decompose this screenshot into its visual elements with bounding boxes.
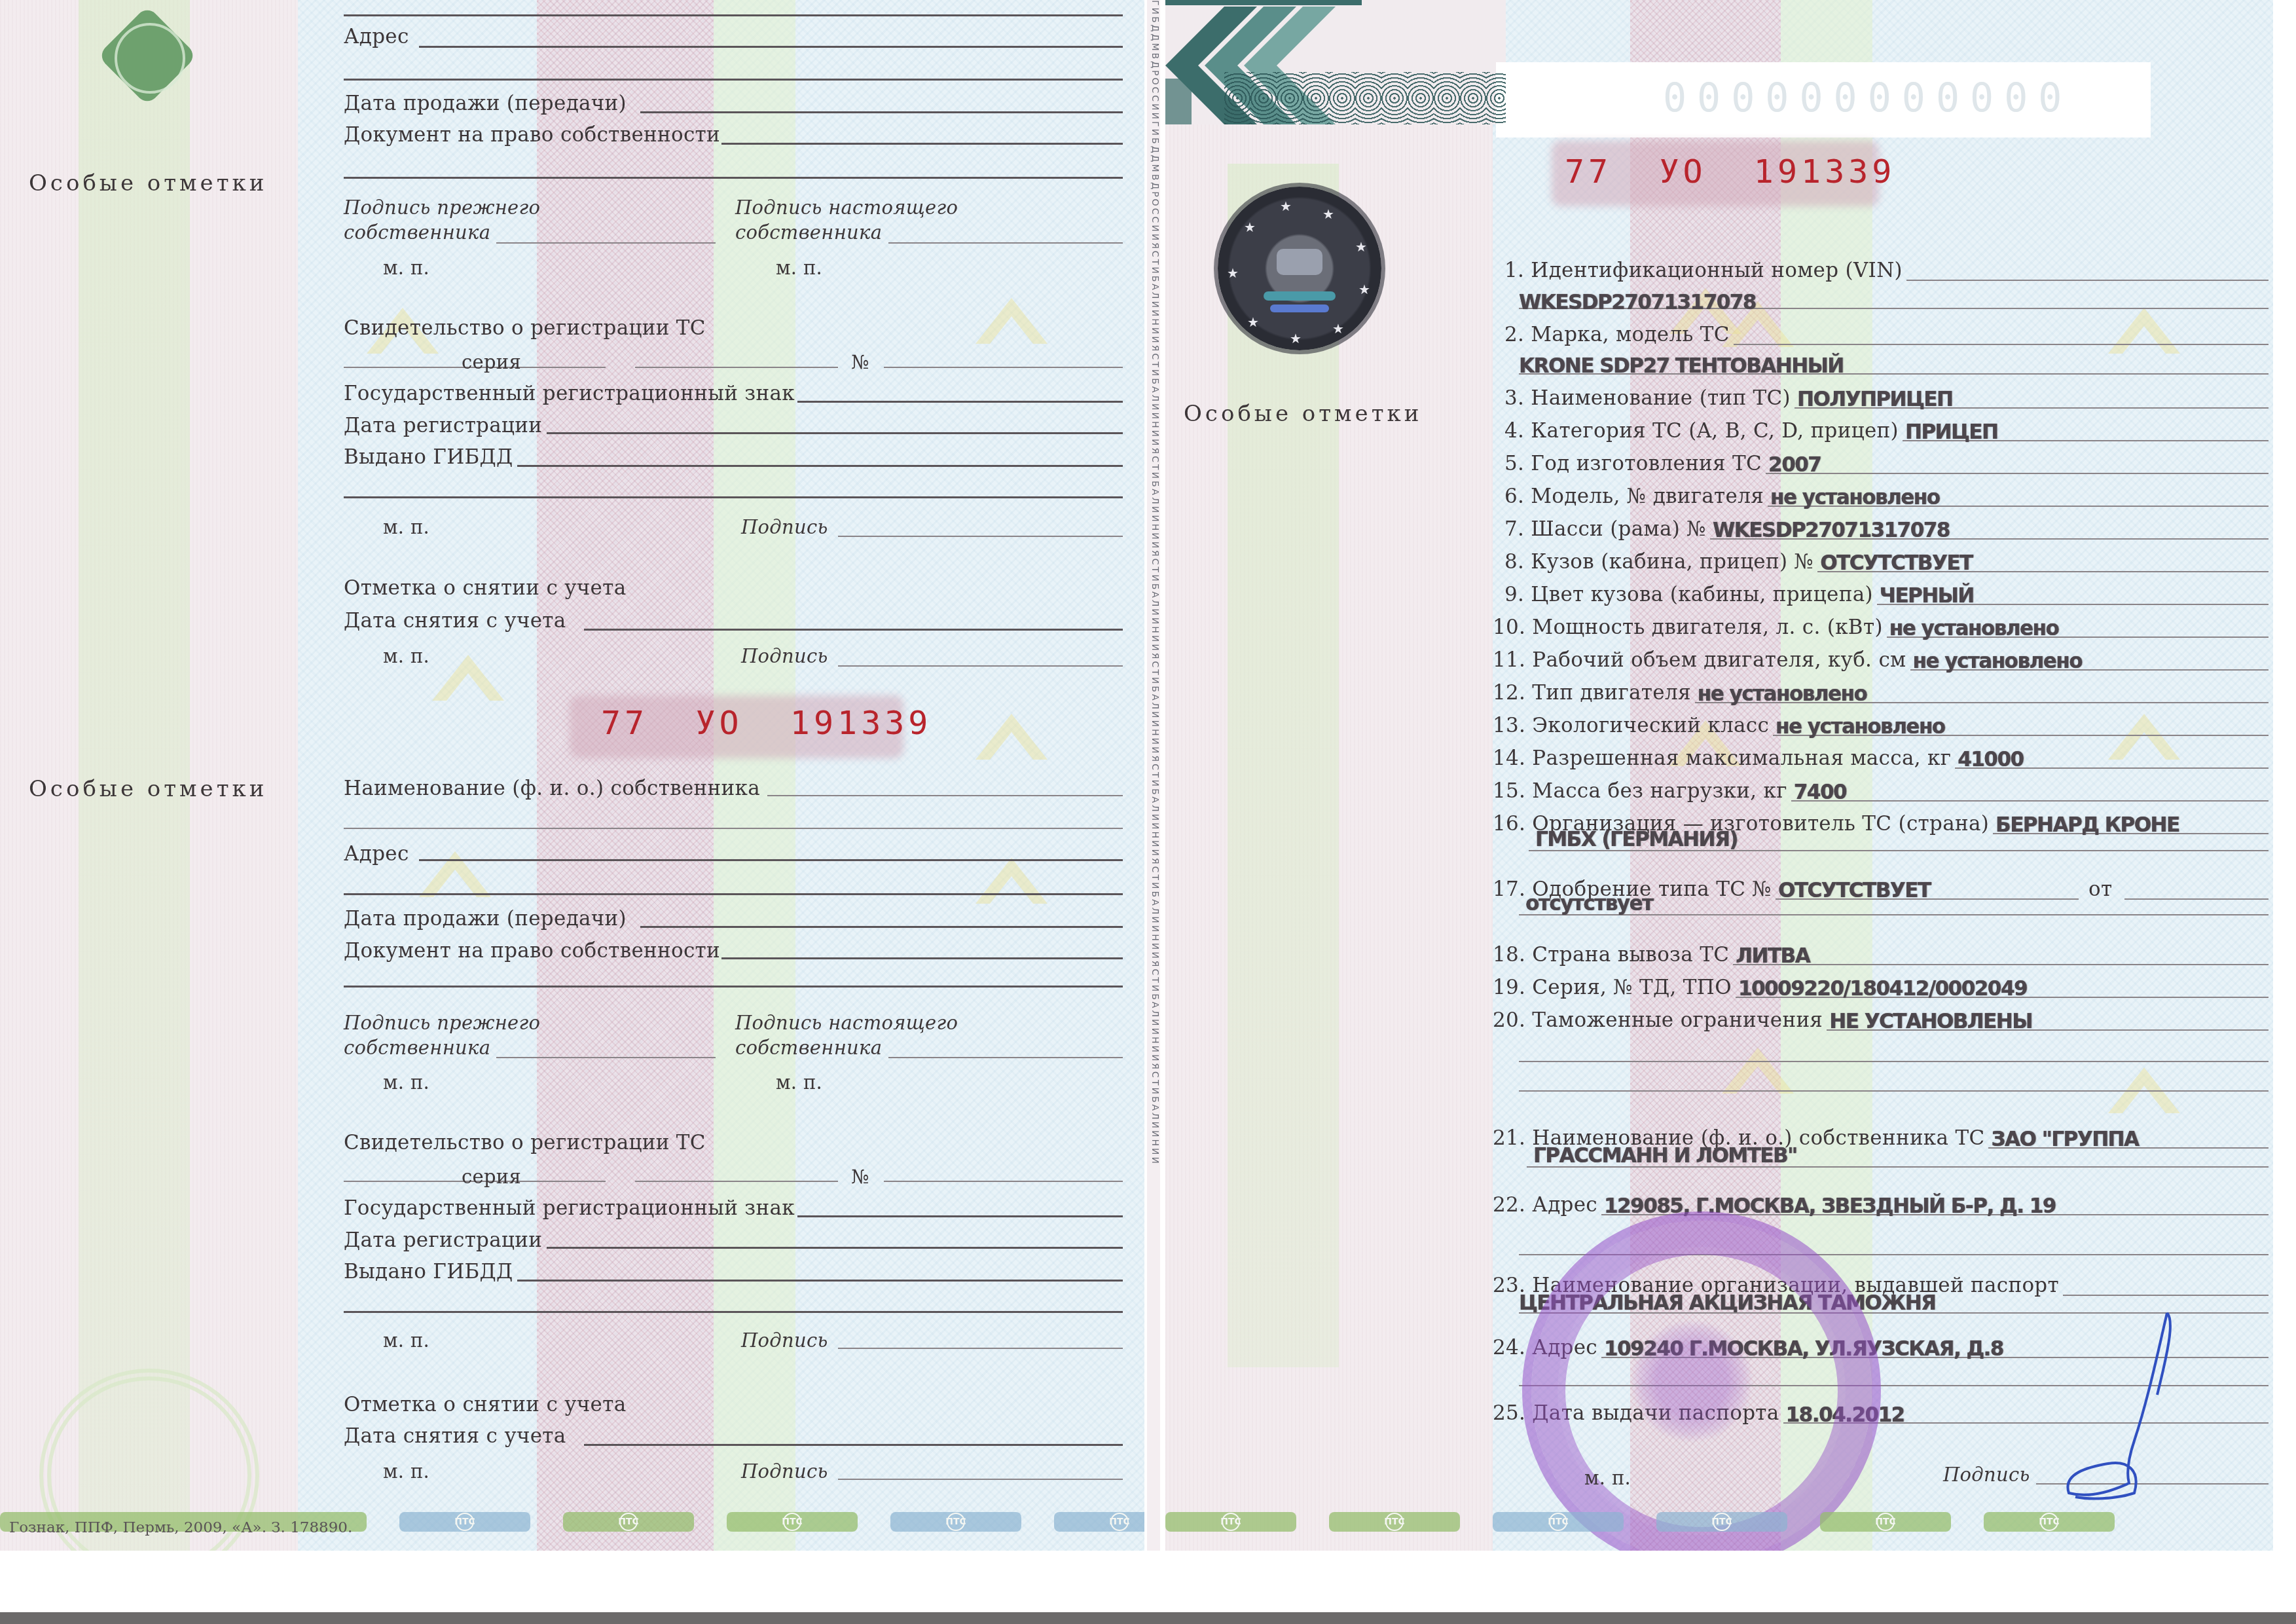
star-icon: ★ <box>1355 239 1367 255</box>
special-marks-label: Особые отметки <box>29 776 267 802</box>
signature-label: Подпись <box>741 1329 828 1352</box>
sale-date-field[interactable] <box>640 926 1123 928</box>
curr-owner-signature-label: Подпись настоящего <box>735 196 958 219</box>
dereg-mark-label: Отметка о снятии с учета <box>344 1393 626 1416</box>
reg-date-label: Дата регистрации <box>344 414 542 437</box>
reg-cert-label: Свидетельство о регистрации ТС <box>344 316 706 340</box>
field-value-line-2[interactable]: ГРАССМАНН И ЛОМТЕВ" <box>1533 1143 1797 1168</box>
field-label: 14. Разрешенная максимальная масса, кг <box>1493 747 1951 770</box>
prev-owner-signature-label: Подпись прежнего <box>344 196 540 219</box>
address-label: Адрес <box>344 25 409 48</box>
seal-label: м. п. <box>383 645 429 667</box>
field-value[interactable]: не установлено <box>1770 485 1939 510</box>
pts-chip: ПТС <box>1165 1512 1296 1532</box>
prev-owner-signature-label-2: собственника <box>344 1037 490 1059</box>
left-page: Особые отметки Адрес Дата продажи (перед… <box>0 0 1144 1551</box>
pts-chip: ПТС <box>1820 1512 1951 1532</box>
plate-field[interactable] <box>797 1215 1123 1217</box>
issued-by-field-line2[interactable] <box>344 496 1123 498</box>
field-input-line[interactable] <box>1766 473 2269 474</box>
field-label: 18. Страна вывоза ТС <box>1493 943 1729 967</box>
pts-chip: ПТС <box>1984 1512 2115 1532</box>
star-icon: ★ <box>1322 206 1334 222</box>
special-marks-label: Особые отметки <box>29 170 267 196</box>
field-value[interactable]: не установлено <box>1776 714 1944 739</box>
field-label: 15. Масса без нагрузки, кг <box>1493 779 1787 803</box>
scan-edge <box>0 1612 2296 1624</box>
field-label: 12. Тип двигателя <box>1493 681 1691 705</box>
field-value[interactable]: ЛИТВА <box>1736 944 1810 969</box>
field-label: 19. Серия, № ТД, ТПО <box>1493 976 1732 999</box>
issued-by-field[interactable] <box>517 1280 1123 1282</box>
star-icon: ★ <box>1280 198 1292 214</box>
ownership-doc-label: Документ на право собственности <box>344 939 720 963</box>
ownership-doc-field[interactable] <box>721 143 1123 145</box>
dereg-date-label: Дата снятия с учета <box>344 1424 566 1448</box>
sale-date-label: Дата продажи (передачи) <box>344 92 627 115</box>
signature-field[interactable] <box>838 665 1123 667</box>
prev-owner-signature-label: Подпись прежнего <box>344 1012 540 1034</box>
pts-label: ПТС <box>947 1513 965 1531</box>
pts-label: ПТС <box>1549 1513 1567 1531</box>
field-label: 9. Цвет кузова (кабины, прицепа) <box>1504 583 1873 606</box>
field-value[interactable]: WKESDP27071317078 <box>1519 289 1756 314</box>
hologram-band <box>1270 304 1329 312</box>
field-label: 6. Модель, № двигателя <box>1504 485 1764 508</box>
pts-chip: ПТС <box>890 1512 1021 1532</box>
number-label: № <box>851 351 869 373</box>
number-field[interactable] <box>884 367 1123 368</box>
header-ornament <box>1224 72 1506 124</box>
field-input-line[interactable] <box>1906 280 2269 281</box>
prev-owner-signature-field[interactable] <box>496 1057 716 1058</box>
field-label: 2. Марка, модель ТС <box>1504 323 1730 346</box>
field-value[interactable]: ПРИЦЕП <box>1905 420 1998 445</box>
seal-label: м. п. <box>776 1071 822 1094</box>
field-input-line[interactable] <box>1733 964 2269 965</box>
owner-name-field[interactable] <box>767 795 1123 796</box>
pts-chip: ПТС <box>1054 1512 1144 1532</box>
curr-owner-signature-field[interactable] <box>888 1057 1123 1058</box>
seal-label: м. п. <box>776 257 822 279</box>
dereg-date-label: Дата снятия с учета <box>344 609 566 633</box>
field-value[interactable]: БЕРНАРД КРОНЕ <box>1995 813 2179 838</box>
field-input-line[interactable] <box>2063 1295 2269 1296</box>
pts-chip: ПТС <box>563 1512 694 1532</box>
plate-label: Государственный регистрационный знак <box>344 382 795 405</box>
field-from-label: от <box>2088 877 2112 901</box>
field-label: 13. Экологический класс <box>1493 714 1769 737</box>
star-icon: ★ <box>1332 321 1344 337</box>
address-field-line2[interactable] <box>344 79 1123 81</box>
signature-label: Подпись <box>741 516 828 538</box>
seal-label: м. п. <box>383 516 429 538</box>
issued-by-field-line2[interactable] <box>344 1311 1123 1313</box>
curr-owner-signature-label: Подпись настоящего <box>735 1012 958 1034</box>
field-value-line-2[interactable]: отсутствует <box>1525 891 1652 916</box>
serial-watermark: 000000000000 <box>1663 75 2072 121</box>
printer-imprint: Гознак, ППФ, Пермь, 2009, «А». З. 178890… <box>9 1519 352 1536</box>
pts-label: ПТС <box>1222 1513 1240 1531</box>
signature-field[interactable] <box>838 536 1123 537</box>
signature-label: Подпись <box>741 645 828 667</box>
customs-stamp <box>1522 1211 1881 1551</box>
sale-date-field[interactable] <box>640 111 1123 113</box>
owner-name-label: Наименование (ф. и. о.) собственника <box>344 777 760 800</box>
pts-chip: ПТС <box>1329 1512 1460 1532</box>
handwritten-signature <box>2043 1303 2213 1513</box>
pts-label: ПТС <box>1876 1513 1895 1531</box>
hologram-band <box>1264 291 1336 301</box>
field-label: 3. Наименование (тип ТС) <box>1504 386 1791 410</box>
address-field-line2[interactable] <box>344 893 1123 895</box>
car-emblem-icon <box>1277 249 1322 275</box>
star-icon: ★ <box>1358 282 1370 297</box>
field-date-line[interactable] <box>2124 898 2269 900</box>
dereg-date-field[interactable] <box>584 629 1123 631</box>
field-value[interactable]: не установлено <box>1698 682 1867 707</box>
star-icon: ★ <box>1247 314 1259 330</box>
curr-owner-signature-label-2: собственника <box>735 221 882 244</box>
field-input-line[interactable] <box>1791 800 2269 802</box>
address-field[interactable] <box>419 46 1123 48</box>
plate-field[interactable] <box>797 401 1123 403</box>
issued-by-field[interactable] <box>517 465 1123 467</box>
issued-by-label: Выдано ГИБДД <box>344 1260 513 1283</box>
field-value[interactable]: ЧЕРНЫЙ <box>1880 583 1974 608</box>
curr-owner-signature-field[interactable] <box>888 242 1123 244</box>
sale-date-label: Дата продажи (передачи) <box>344 907 627 931</box>
series-field[interactable] <box>635 367 838 368</box>
signature-label: Подпись <box>741 1460 828 1483</box>
pts-label: ПТС <box>619 1513 638 1531</box>
curr-owner-signature-label-2: собственника <box>735 1037 882 1059</box>
field-value[interactable]: ОТСУТСТВУЕТ <box>1820 551 1973 576</box>
pts-chip: ПТС <box>727 1512 858 1532</box>
star-icon: ★ <box>1244 219 1256 235</box>
field-value[interactable]: ЗАО "ГРУППА <box>1991 1127 2138 1152</box>
address-label: Адрес <box>344 842 409 866</box>
field-input-line[interactable] <box>1734 344 2269 345</box>
pts-label: ПТС <box>1110 1513 1129 1531</box>
microtext-strip: ГИБДДМВДРОССИИГИБДДМВДРОССИИЯСТИБАЛИИНИИ… <box>1147 0 1160 1551</box>
field-value[interactable]: ОТСУТСТВУЕТ <box>1778 878 1931 903</box>
field-value[interactable]: 41000 <box>1958 747 2023 772</box>
reg-date-field[interactable] <box>547 432 1123 434</box>
field-value[interactable]: ПОЛУПРИЦЕП <box>1797 387 1952 412</box>
dereg-mark-label: Отметка о снятии с учета <box>344 576 626 600</box>
series-field[interactable] <box>635 1181 838 1182</box>
stamp-emblem <box>1630 1319 1754 1443</box>
margin-stripe <box>79 0 190 1551</box>
star-icon: ★ <box>1227 265 1239 281</box>
pts-chip: ПТС <box>1656 1512 1787 1532</box>
seal-label: м. п. <box>1584 1467 1631 1489</box>
field-value[interactable]: НЕ УСТАНОВЛЕНЫ <box>1829 1009 2032 1034</box>
field-label: 11. Рабочий объем двигателя, куб. см <box>1493 648 1906 672</box>
field-value-line-2[interactable]: ГМБХ (ГЕРМАНИЯ) <box>1535 827 1738 852</box>
reg-date-field[interactable] <box>547 1247 1123 1249</box>
field-label: 20. Таможенные ограничения <box>1493 1008 1823 1032</box>
field-value[interactable]: KRONE SDP27 ТЕНТОВАННЫЙ <box>1519 354 1844 378</box>
field-value[interactable]: WKESDP27071317078 <box>1713 518 1950 543</box>
field-value[interactable]: не установлено <box>1889 616 2058 641</box>
ownership-doc-field[interactable] <box>721 957 1123 959</box>
left-margin <box>0 0 298 1551</box>
pts-chip: ПТС <box>399 1512 530 1532</box>
reg-cert-label: Свидетельство о регистрации ТС <box>344 1131 706 1154</box>
pts-label: ПТС <box>783 1513 801 1531</box>
field-value[interactable]: 2007 <box>1768 452 1821 477</box>
owner-name-field-line2[interactable] <box>344 828 1123 829</box>
field-value[interactable]: 7400 <box>1794 780 1846 805</box>
field-label: 8. Кузов (кабина, прицеп) № <box>1504 550 1813 574</box>
signature-label: Подпись <box>1943 1464 2030 1486</box>
emblem-ornament-icon <box>115 23 185 94</box>
field-label: 4. Категория ТС (A, B, C, D, прицеп) <box>1504 419 1899 443</box>
ownership-doc-field-line2[interactable] <box>344 986 1123 987</box>
field-value[interactable]: не установлено <box>1913 649 2082 674</box>
field-label: 5. Год изготовления ТС <box>1504 452 1762 475</box>
ownership-doc-label: Документ на право собственности <box>344 123 720 147</box>
signature-field[interactable] <box>838 1479 1123 1480</box>
field-extra-line[interactable] <box>1519 1061 2269 1062</box>
field-extra-line[interactable] <box>1519 1090 2269 1092</box>
pts-security-strip: ПТС ПТС ПТС ПТС ПТС ПТС <box>1165 1511 2147 1533</box>
field-label: 10. Мощность двигателя, л. с. (кВт) <box>1493 616 1883 639</box>
pts-label: ПТС <box>1713 1513 1731 1531</box>
seal-label: м. п. <box>383 1329 429 1352</box>
issued-by-label: Выдано ГИБДД <box>344 445 513 469</box>
pts-label: ПТС <box>2040 1513 2058 1531</box>
special-marks-label: Особые отметки <box>1184 401 1422 427</box>
seal-label: м. п. <box>383 1071 429 1094</box>
pts-label: ПТС <box>1385 1513 1404 1531</box>
series-label: серия <box>462 351 521 373</box>
security-band <box>537 0 714 1551</box>
plate-label: Государственный регистрационный знак <box>344 1196 795 1220</box>
reg-date-label: Дата регистрации <box>344 1228 542 1252</box>
form-line <box>344 14 1123 16</box>
seal-label: м. п. <box>383 1460 429 1483</box>
prev-owner-signature-label-2: собственника <box>344 221 490 244</box>
pts-chip: ПТС <box>1493 1512 1624 1532</box>
prev-owner-signature-field[interactable] <box>496 242 716 244</box>
field-label: 1. Идентификационный номер (VIN) <box>1504 259 1903 282</box>
pts-label: ПТС <box>456 1513 474 1531</box>
series-label: серия <box>462 1166 521 1188</box>
ownership-doc-field-line2[interactable] <box>344 177 1123 179</box>
right-page: 000000000000 77 УО 191339 ★ ★ ★ ★ ★ ★ ★ … <box>1165 0 2273 1551</box>
address-field[interactable] <box>419 859 1123 861</box>
number-field[interactable] <box>884 1181 1123 1182</box>
serial-number: 77 УО 191339 <box>1565 153 1895 191</box>
hologram-seal-icon: ★ ★ ★ ★ ★ ★ ★ ★ ★ <box>1218 187 1381 350</box>
field-value[interactable]: 10009220/180412/0002049 <box>1738 976 2027 1001</box>
number-label: № <box>851 1166 869 1188</box>
seal-label: м. п. <box>383 257 429 279</box>
signature-field[interactable] <box>838 1348 1123 1349</box>
field-label: 7. Шасси (рама) № <box>1504 517 1706 541</box>
serial-number: 77 УО 191339 <box>601 704 932 742</box>
field-label: 22. Адрес <box>1493 1193 1597 1217</box>
dereg-date-field[interactable] <box>584 1444 1123 1446</box>
star-icon: ★ <box>1290 331 1302 346</box>
